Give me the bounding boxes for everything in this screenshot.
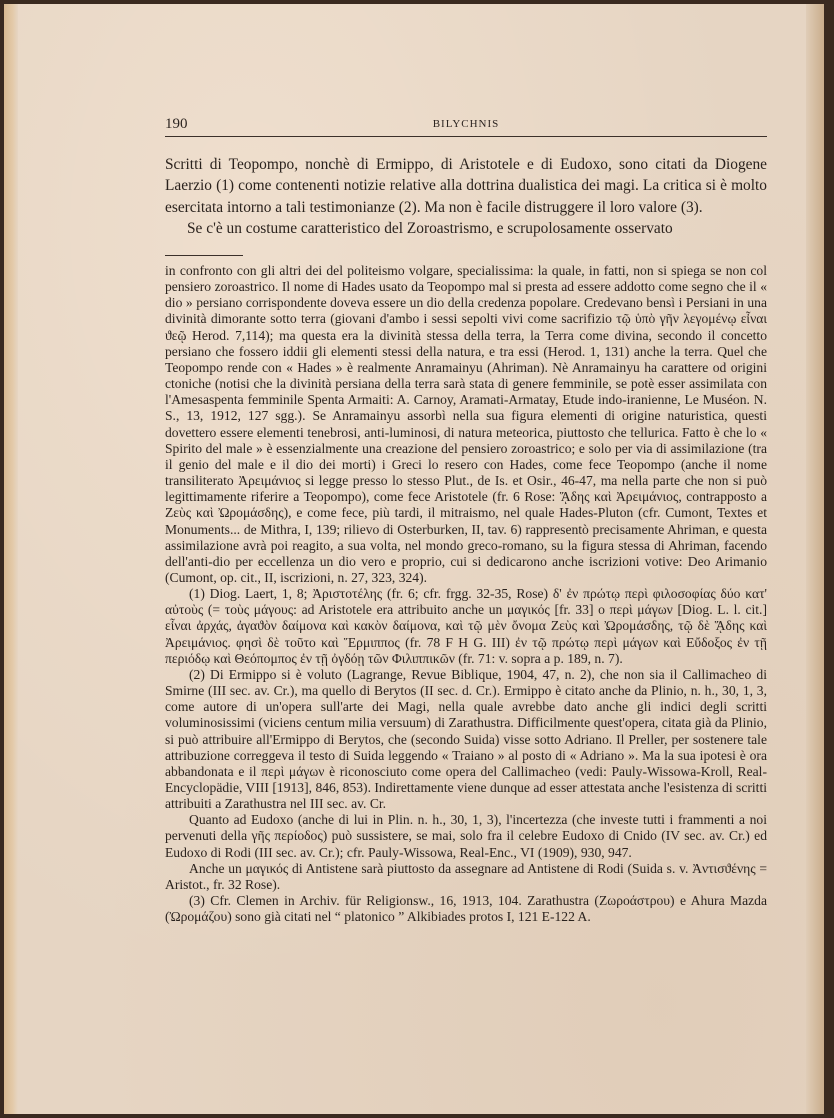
footnote-1: (1) Diog. Laert, 1, 8; Ἀριστοτέλης (fr. …	[165, 586, 767, 667]
page-spine-edge	[4, 4, 18, 1114]
footnote-2-antistene: Anche un μαγικός di Antistene sarà piutt…	[165, 861, 767, 893]
footnote-continuation: in confronto con gli altri dei del polit…	[165, 263, 767, 586]
footnotes: in confronto con gli altri dei del polit…	[165, 263, 767, 925]
body-paragraph: Se c'è un costume caratteristico del Zor…	[165, 218, 767, 239]
running-title: BILYCHNIS	[165, 118, 767, 130]
footnote-2-eudoxo: Quanto ad Eudoxo (anche di lui in Plin. …	[165, 812, 767, 860]
footnote-separator	[165, 255, 243, 256]
scanned-page: 190 BILYCHNIS Scritti di Teopompo, nonch…	[4, 4, 824, 1114]
header-rule	[165, 136, 767, 137]
footnote-2: (2) Di Ermippo si è voluto (Lagrange, Re…	[165, 667, 767, 812]
page-header: 190 BILYCHNIS	[165, 116, 767, 136]
footnote-3: (3) Cfr. Clemen in Archiv. für Religions…	[165, 893, 767, 925]
page-right-edge	[806, 4, 824, 1114]
body-paragraph: Scritti di Teopompo, nonchè di Ermippo, …	[165, 154, 767, 218]
main-text: Scritti di Teopompo, nonchè di Ermippo, …	[165, 154, 767, 240]
